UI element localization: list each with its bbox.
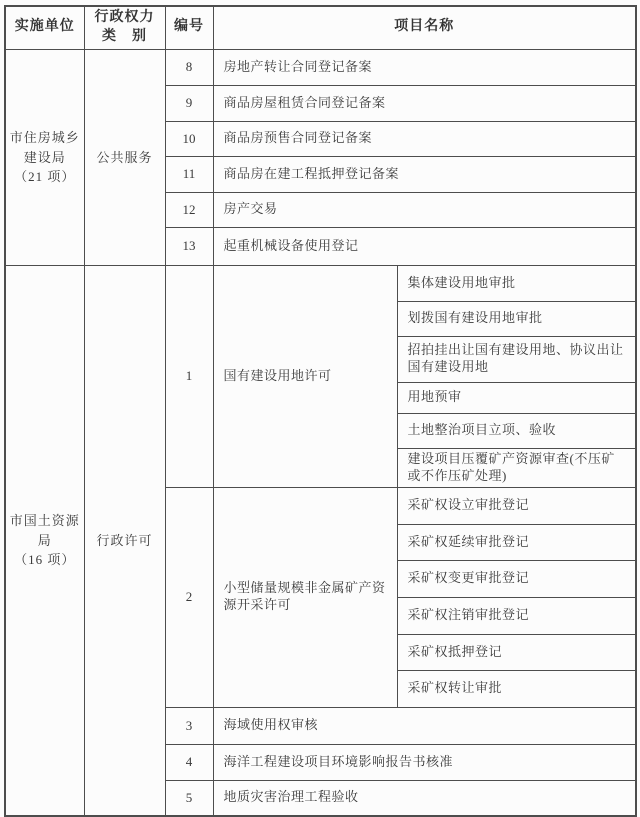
- sub-item-cell: 招拍挂出让国有建设用地、协议出让国有建设用地: [397, 336, 636, 382]
- sub-item-cell: 建设项目压覆矿产资源审查(不压矿或不作压矿处理): [397, 448, 636, 487]
- row-number-cell: 8: [165, 49, 213, 85]
- sub-item-cell: 采矿权注销审批登记: [397, 597, 636, 634]
- project-name-cell: 海域使用权审核: [213, 707, 636, 744]
- sub-item-cell: 划拨国有建设用地审批: [397, 301, 636, 336]
- row-number-cell: 13: [165, 227, 213, 265]
- sub-item-cell: 用地预审: [397, 382, 636, 413]
- unit-cell: 市住房城乡 建设局 （21 项）: [5, 49, 84, 265]
- header-cell-project-name: 项目名称: [213, 6, 636, 49]
- row-number-cell: 5: [165, 780, 213, 816]
- row-number-cell: 3: [165, 707, 213, 744]
- sub-item-cell: 集体建设用地审批: [397, 265, 636, 301]
- project-name-cell: 地质灾害治理工程验收: [213, 780, 636, 816]
- header-row: 实施单位 行政权力 类 别 编号 项目名称: [5, 6, 636, 49]
- project-name-cell: 起重机械设备使用登记: [213, 227, 636, 265]
- project-name-cell: 商品房在建工程抵押登记备案: [213, 156, 636, 192]
- row-number-cell: 4: [165, 744, 213, 780]
- table-row: 市国土资源 局 （16 项） 行政许可 1 国有建设用地许可 集体建设用地审批: [5, 265, 636, 301]
- row-number-cell: 9: [165, 85, 213, 121]
- sub-item-cell: 采矿权转让审批: [397, 670, 636, 707]
- sub-item-cell: 土地整治项目立项、验收: [397, 413, 636, 448]
- group-number-cell: 1: [165, 265, 213, 487]
- project-name-cell: 海洋工程建设项目环境影响报告书核准: [213, 744, 636, 780]
- project-name-cell: 商品房屋租赁合同登记备案: [213, 85, 636, 121]
- row-number-cell: 11: [165, 156, 213, 192]
- project-name-cell: 商品房预售合同登记备案: [213, 121, 636, 156]
- project-name-cell: 房地产转让合同登记备案: [213, 49, 636, 85]
- header-cell-unit: 实施单位: [5, 6, 84, 49]
- unit-cell: 市国土资源 局 （16 项）: [5, 265, 84, 816]
- sub-item-cell: 采矿权延续审批登记: [397, 524, 636, 560]
- table-row: 市住房城乡 建设局 （21 项） 公共服务 8 房地产转让合同登记备案: [5, 49, 636, 85]
- row-number-cell: 12: [165, 192, 213, 227]
- category-cell: 国有建设用地许可: [213, 265, 397, 487]
- document-page: 实施单位 行政权力 类 别 编号 项目名称 市住房城乡 建设局 （21 项） 公…: [0, 0, 640, 817]
- header-cell-number: 编号: [165, 6, 213, 49]
- sub-item-cell: 采矿权变更审批登记: [397, 560, 636, 597]
- row-number-cell: 10: [165, 121, 213, 156]
- sub-item-cell: 采矿权设立审批登记: [397, 487, 636, 524]
- power-type-cell: 行政许可: [84, 265, 165, 816]
- category-cell: 小型储量规模非金属矿产资源开采许可: [213, 487, 397, 707]
- header-cell-power-type: 行政权力 类 别: [84, 6, 165, 49]
- power-type-cell: 公共服务: [84, 49, 165, 265]
- sub-item-cell: 采矿权抵押登记: [397, 634, 636, 670]
- project-name-cell: 房产交易: [213, 192, 636, 227]
- group-number-cell: 2: [165, 487, 213, 707]
- permission-items-table: 实施单位 行政权力 类 别 编号 项目名称 市住房城乡 建设局 （21 项） 公…: [4, 5, 637, 817]
